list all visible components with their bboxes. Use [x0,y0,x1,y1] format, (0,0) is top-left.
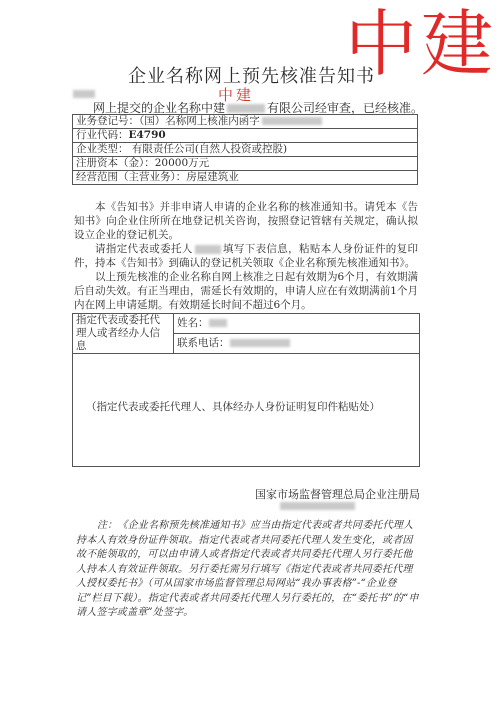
redacted-id [73,90,95,98]
company-type-value: 有限责任公司(自然人投资或控股) [132,143,287,155]
redacted-company-name [227,104,265,113]
registered-capital-value: 20000万元 [155,157,209,169]
issuing-authority: 国家市场监督管理总局企业注册局 [255,486,420,502]
paste-hint: （指定代表或委托代理人、具体经办人身份证明复印件粘贴处） [76,401,416,414]
business-scope-value: 房屋建筑业 [186,171,239,183]
business-scope-label: 经营范围（主营业务）： [76,171,186,183]
instructions-prefix: 请指定代表或委托人 [95,243,193,255]
table-row: 注册资本（金）：20000万元 [73,157,418,171]
id-copy-paste-area: （指定代表或委托代理人、具体经办人身份证明复印件粘贴处） [73,354,420,467]
redacted-registration-number [262,117,322,125]
redacted-phone [230,339,290,347]
representative-table: 指定代表或委托代理人或者经办人信息 姓名： 联系电话： （指定代表或委托代理人、… [72,313,420,467]
table-row: 业务登记号：（国）名称网上核准内函字 [73,115,418,129]
table-row: 经营范围（主营业务）：房屋建筑业 [73,171,418,185]
footnote: 注：《企业名称预先核准通知书》应当由指定代表或者共同委托代理人持本人有效身份证件… [76,519,422,621]
table-row: 企业类型： 有限责任公司(自然人投资或控股) [73,143,418,157]
industry-code-value: E4790 [129,129,166,141]
company-type-label: 企业类型： [76,143,129,155]
paragraph-instructions: 请指定代表或委托人填写下表信息，粘贴本人身份证件的复印件，持本《告知书》到确认的… [74,242,418,270]
paragraph-notice: 本《告知书》并非申请人申请的企业名称的核准通知书。请凭本《告知书》向企业住所所在… [74,200,418,242]
representative-section-label: 指定代表或委托代理人或者经办人信息 [73,314,174,354]
registration-number-label: 业务登记号：（国）名称网上核准内函字 [76,115,260,127]
name-label: 姓名： [177,317,209,329]
paragraph-validity: 以上预先核准的企业名称自网上核准之日起有效期为6个月，有效期满后自动失效。有正当… [74,270,418,312]
phone-label: 联系电话： [177,337,230,349]
redacted-representative [195,245,221,254]
intro-suffix: 有限公司经审查，已经核准。 [267,101,423,115]
redacted-date [280,502,355,510]
intro-prefix: 网上提交的企业名称中建 [93,101,225,115]
redacted-name [209,319,227,327]
registered-capital-label: 注册资本（金）： [76,157,155,169]
industry-code-label: 行业代码： [76,129,129,141]
info-table: 业务登记号：（国）名称网上核准内函字 行业代码：E4790 企业类型： 有限责任… [72,114,418,185]
table-row: 行业代码：E4790 [73,129,418,143]
